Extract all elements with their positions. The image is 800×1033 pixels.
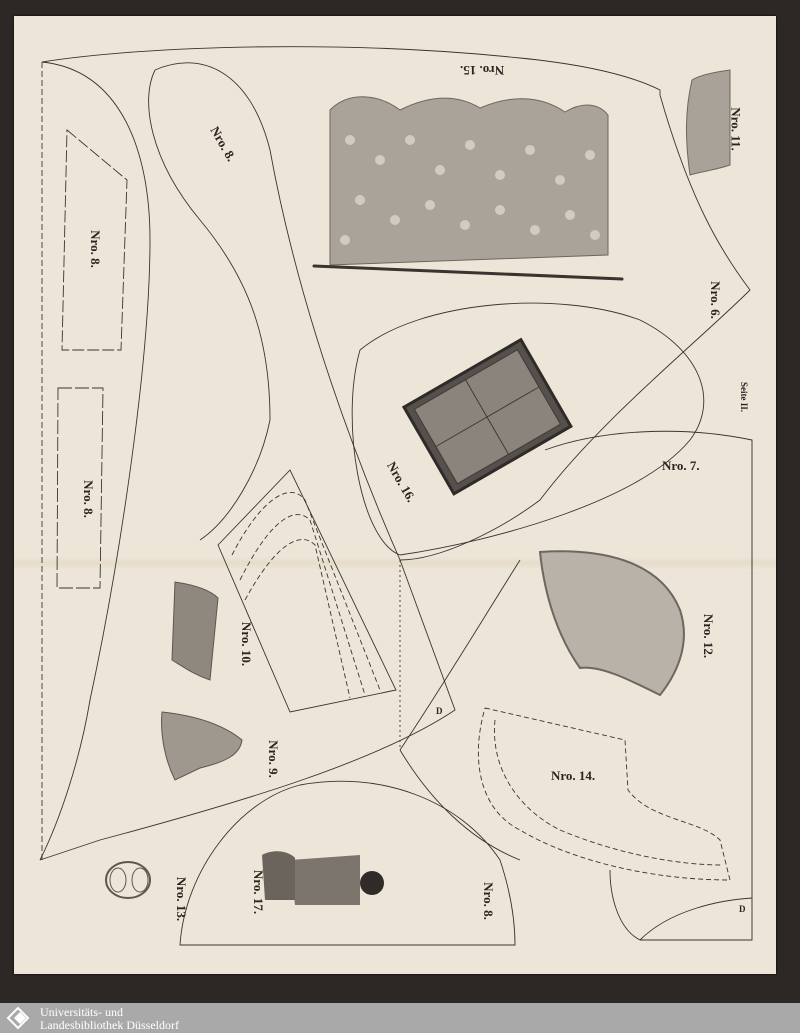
library-footer: Universitäts- und Landesbibliothek Düsse… xyxy=(0,1003,800,1033)
outline-left xyxy=(40,62,150,860)
label-nro-11: Nro. 11. xyxy=(728,107,744,150)
crochet-illustration-nro-10 xyxy=(172,582,218,680)
label-nro-17: Nro. 17. xyxy=(250,870,266,914)
label-nro-8-b: Nro. 8. xyxy=(480,882,496,920)
label-nro-10: Nro. 10. xyxy=(238,622,254,666)
crochet-illustration-nro-16 xyxy=(404,340,571,494)
library-logo-icon xyxy=(4,1005,34,1031)
marker-d-2: D xyxy=(739,904,746,914)
label-nro-7: Nro. 7. xyxy=(662,458,700,474)
label-nro-6: Nro. 6. xyxy=(707,281,723,319)
crochet-illustration-nro-12 xyxy=(540,551,684,695)
footer-line-2: Landesbibliothek Düsseldorf xyxy=(40,1018,179,1033)
side-label: Seite II. xyxy=(739,382,749,412)
label-nro-15: Nro. 15. xyxy=(460,62,504,78)
monogram-nro-13 xyxy=(106,862,150,898)
label-nro-8-a: Nro. 8. xyxy=(87,230,103,268)
crochet-illustration-nro-11 xyxy=(686,70,730,175)
pattern-sheet: Nro. 15. Nro. 11. Nro. 8. Nro. 8. Nro. 8… xyxy=(14,16,776,974)
illustration-nro-17 xyxy=(262,851,384,905)
crochet-illustration-nro-15 xyxy=(314,97,622,279)
label-nro-12: Nro. 12. xyxy=(700,614,716,658)
label-nro-9: Nro. 9. xyxy=(265,740,281,778)
label-nro-13: Nro. 13. xyxy=(173,877,189,921)
illustration-nro-9 xyxy=(162,712,242,780)
marker-d-1: D xyxy=(436,706,443,716)
label-nro-14: Nro. 14. xyxy=(551,768,595,784)
label-nro-8-c: Nro. 8. xyxy=(80,480,96,518)
pattern-drawing xyxy=(14,16,776,974)
